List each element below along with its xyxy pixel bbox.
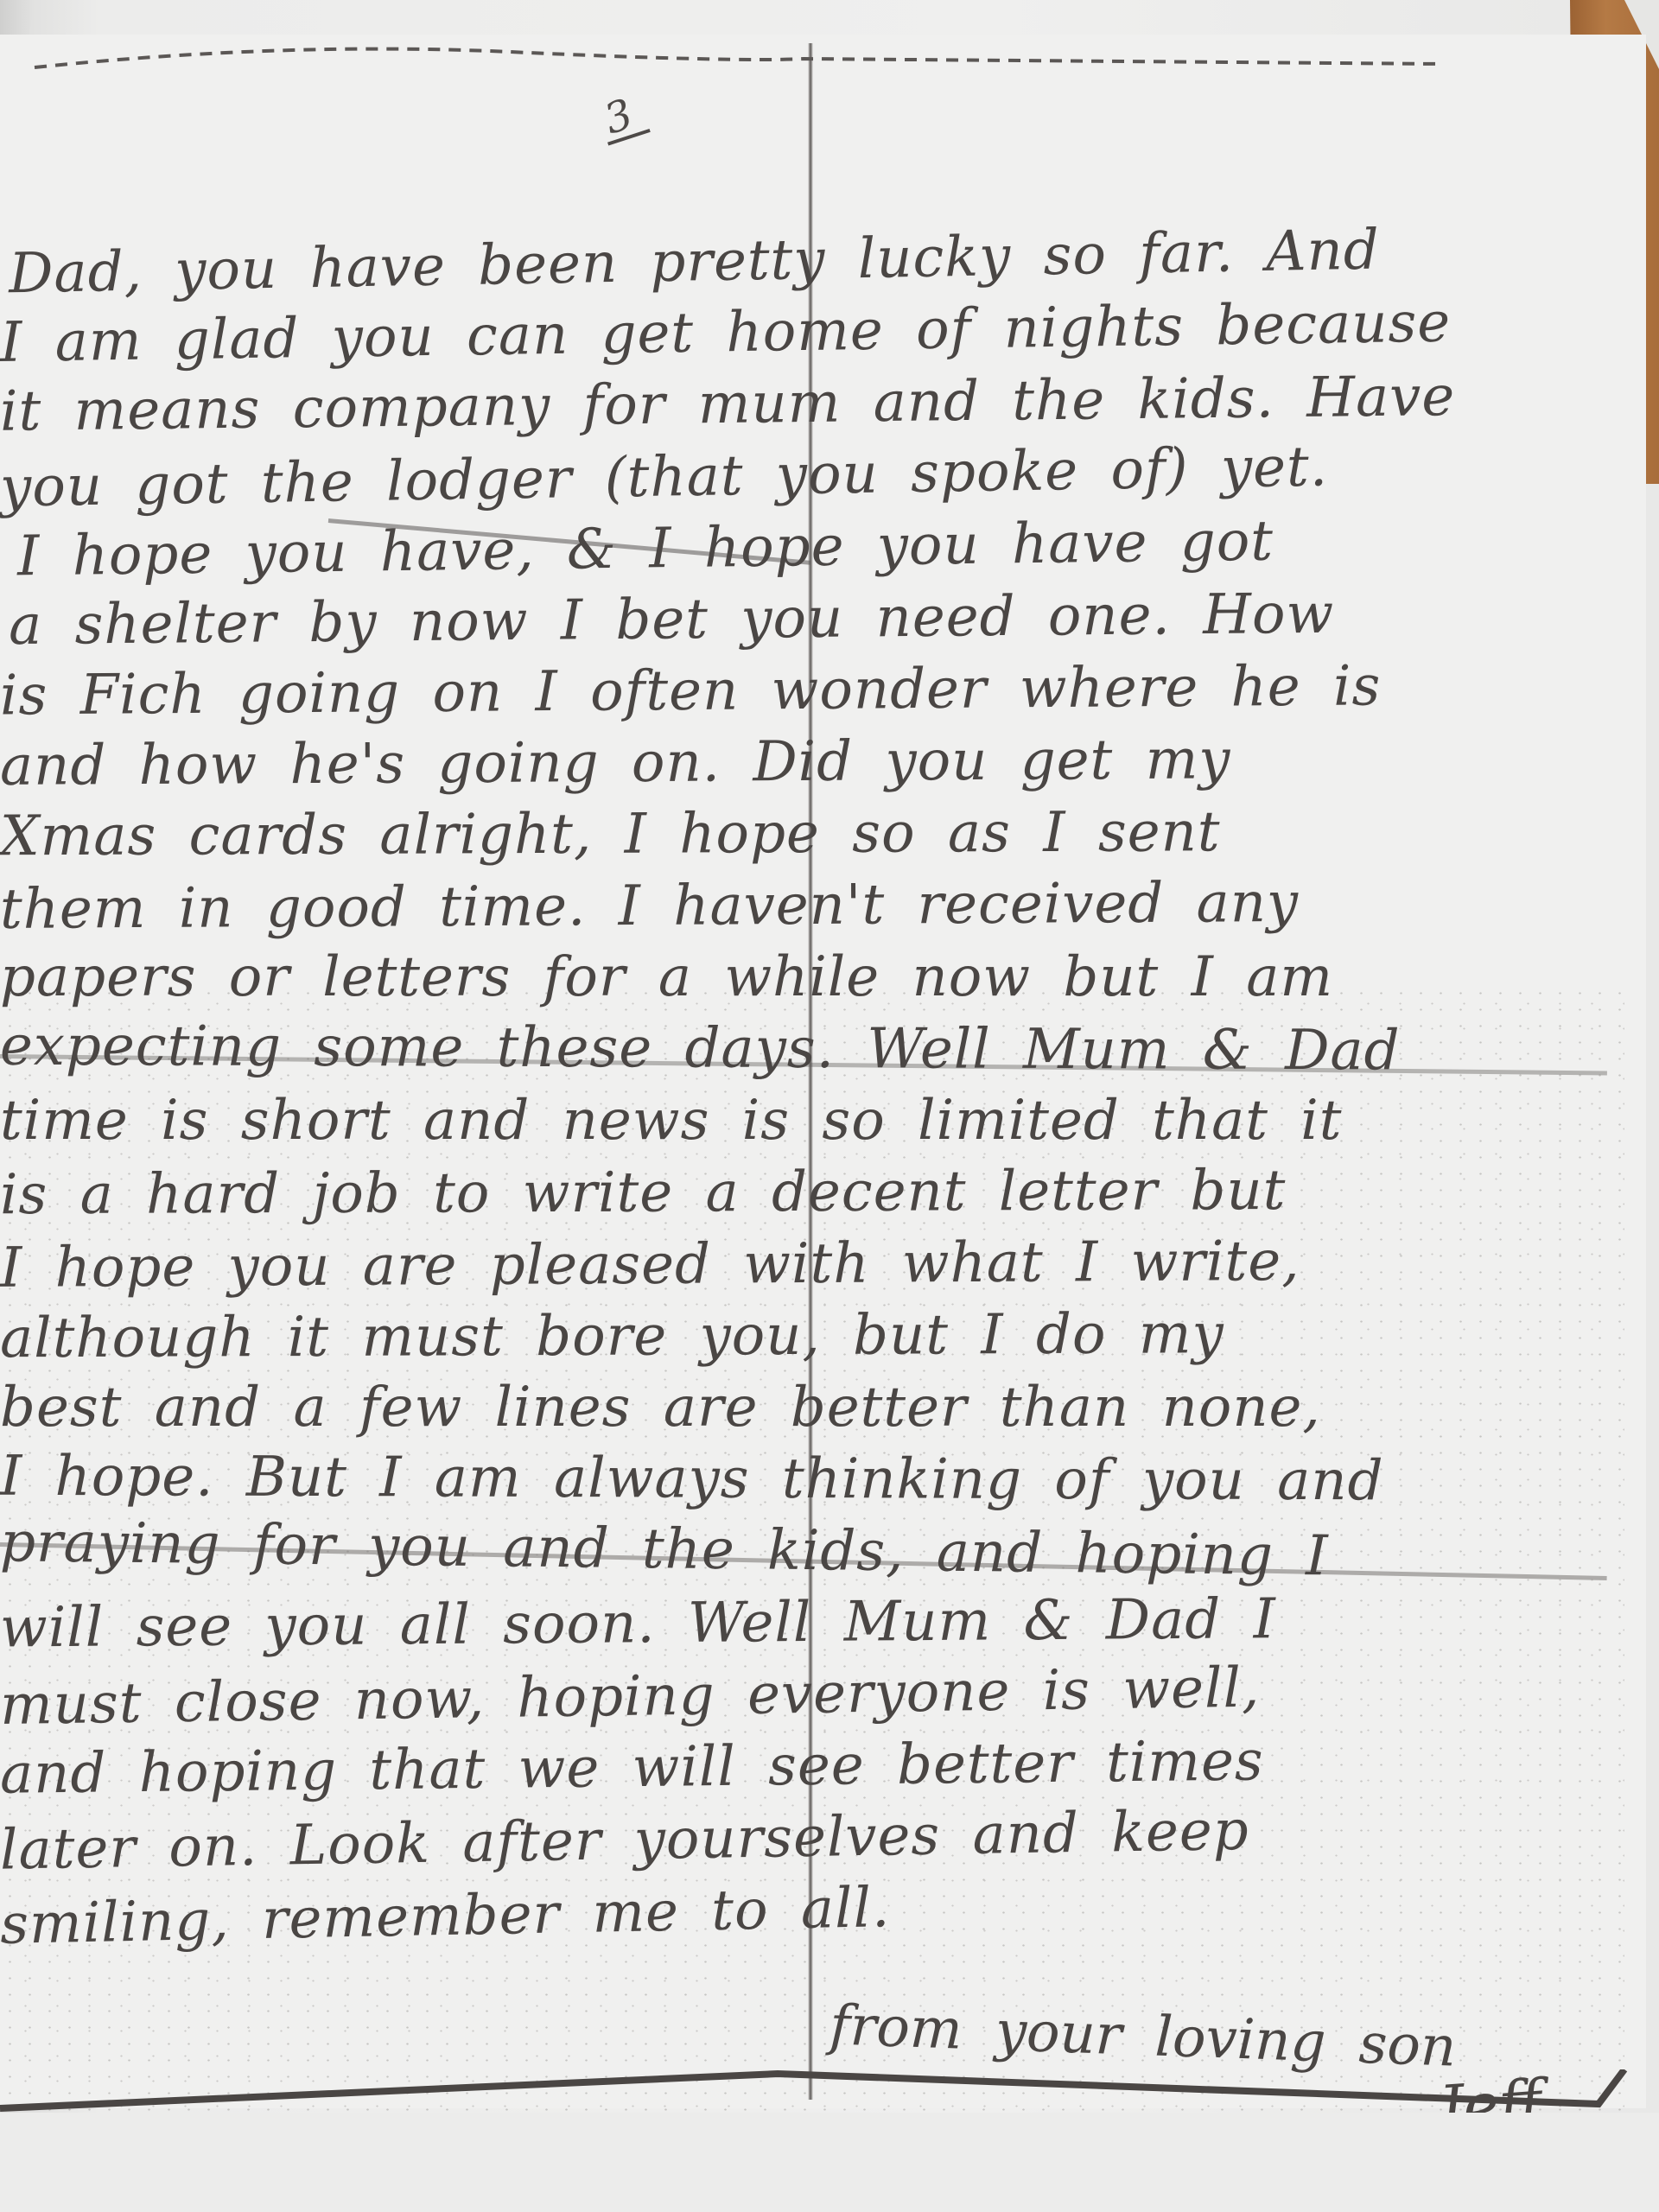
letter-line: praying for you and the kids, and hoping…: [0, 1507, 1607, 1595]
torn-bottom-edge: [0, 2069, 1633, 2113]
letter-line: expecting some these days. Well Mum & Da…: [0, 1011, 1607, 1088]
letter-body: Dad, you have been pretty lucky so far. …: [0, 225, 1607, 1946]
letter-line: them in good time. I haven't received an…: [0, 866, 1607, 946]
top-edge-dotted-line: [26, 43, 1443, 95]
letter-line: time is short and news is so limited tha…: [0, 1085, 1607, 1157]
letter-line: papers or letters for a while now but I …: [0, 942, 1607, 1014]
blank-paper-below: [0, 2113, 1659, 2212]
letter-line: a shelter by now I bet you need one. How: [9, 576, 1617, 662]
letter-line: and how he's going on. Did you get my: [0, 722, 1607, 803]
closing-line: from your loving son: [829, 1993, 1458, 2079]
letter-line: best and a few lines are better than non…: [0, 1372, 1607, 1444]
letter-line: is a hard job to write a decent letter b…: [0, 1154, 1607, 1231]
letter-line: is Fich going on I often wonder where he…: [0, 650, 1607, 733]
letter-line: I hope you are pleased with what I write…: [0, 1224, 1607, 1305]
letter-line: although it must bore you, but I do my: [0, 1298, 1607, 1375]
photo-scene: 3 Dad, you have been pretty lucky so far…: [0, 0, 1659, 2212]
letter-line: Xmas cards alright, I hope so as I sent: [0, 796, 1607, 873]
letter-sheet: 3 Dad, you have been pretty lucky so far…: [0, 35, 1646, 2108]
letter-line: I hope. But I am always thinking of you …: [0, 1441, 1607, 1518]
page-number: 3: [594, 89, 650, 145]
